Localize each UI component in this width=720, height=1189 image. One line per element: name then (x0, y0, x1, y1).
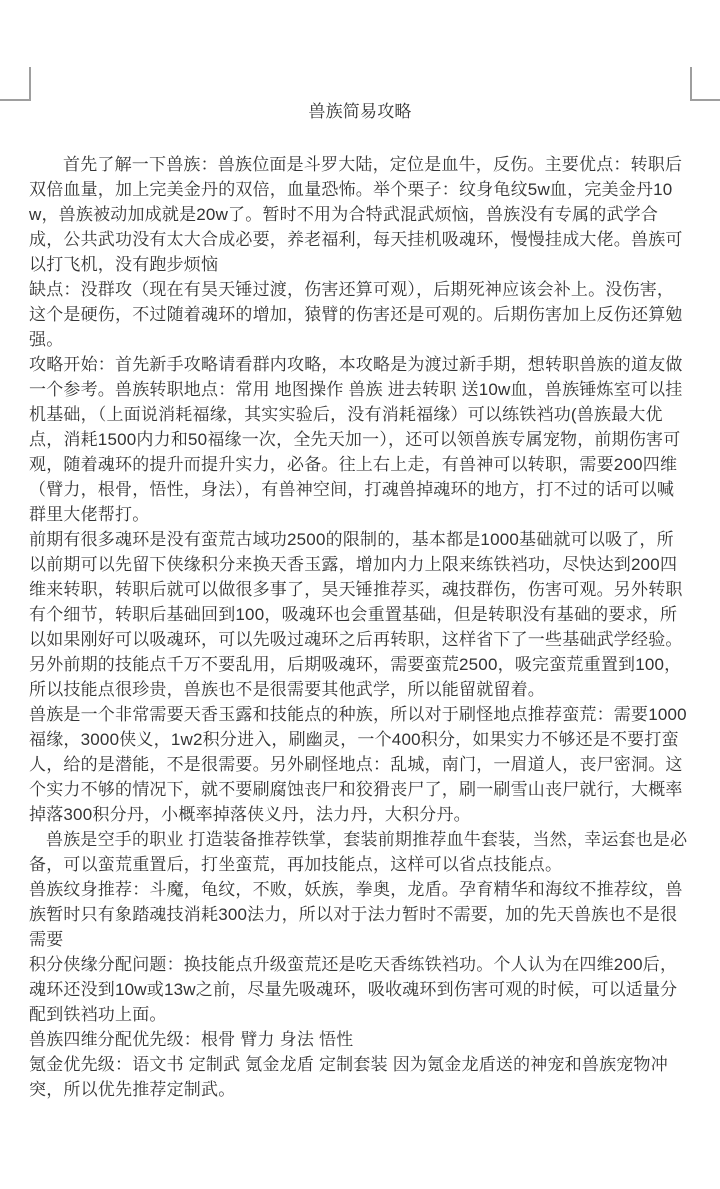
paragraph: 兽族是空手的职业 打造装备推荐铁掌，套装前期推荐血牛套装，当然，幸运套也是必备，… (29, 827, 691, 877)
paragraph: 积分侠缘分配问题：换技能点升级蛮荒还是吃天香练铁裆功。个人认为在四维200后，魂… (29, 952, 691, 1027)
margin-corner-mark-top-right-h (690, 99, 720, 101)
paragraph: 攻略开始：首先新手攻略请看群内攻略，本攻略是为渡过新手期，想转职兽族的道友做一个… (29, 352, 691, 527)
paragraph: 兽族四维分配优先级：根骨 臂力 身法 悟性 (29, 1027, 691, 1052)
paragraph: 前期有很多魂环是没有蛮荒古域功2500的限制的，基本都是1000基础就可以吸了，… (29, 527, 691, 702)
paragraph: 首先了解一下兽族：兽族位面是斗罗大陆，定位是血牛，反伤。主要优点：转职后双倍血量… (29, 152, 691, 277)
paragraph: 兽族纹身推荐：斗魔，龟纹，不败，妖族，拳奥，龙盾。孕育精华和海纹不推荐纹，兽族暂… (29, 877, 691, 952)
document-title: 兽族简易攻略 (29, 99, 691, 124)
document-page: 兽族简易攻略 首先了解一下兽族：兽族位面是斗罗大陆，定位是血牛，反伤。主要优点：… (0, 0, 720, 1189)
paragraph: 兽族是一个非常需要天香玉露和技能点的种族，所以对于刷怪地点推荐蛮荒：需要1000… (29, 702, 691, 827)
margin-corner-mark-top-left-h (0, 99, 30, 101)
margin-corner-mark-top-right-v (690, 67, 692, 101)
paragraph: 氪金优先级：语文书 定制武 氪金龙盾 定制套装 因为氪金龙盾送的神宠和兽族宠物冲… (29, 1052, 691, 1102)
margin-corner-mark-top-left-v (29, 67, 31, 101)
document-body: 首先了解一下兽族：兽族位面是斗罗大陆，定位是血牛，反伤。主要优点：转职后双倍血量… (29, 152, 691, 1102)
paragraph: 缺点：没群攻（现在有昊天锤过渡，伤害还算可观），后期死神应该会补上。没伤害，这个… (29, 277, 691, 352)
document-content: 兽族简易攻略 首先了解一下兽族：兽族位面是斗罗大陆，定位是血牛，反伤。主要优点：… (29, 99, 691, 1102)
